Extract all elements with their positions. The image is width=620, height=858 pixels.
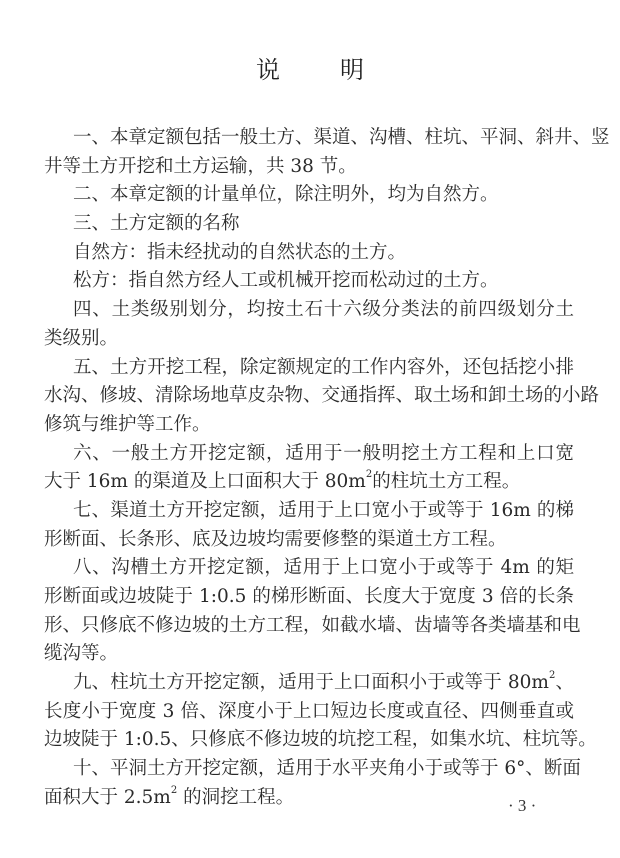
text-line: 八、沟槽土方开挖定额，适用于上口宽小于或等于 4m 的矩 <box>44 554 574 583</box>
text-line: 三、土方定额的名称 <box>44 210 574 239</box>
text-line: 类级别。 <box>44 325 574 354</box>
superscript: 2 <box>366 469 372 480</box>
text-line: 五、土方开挖工程，除定额规定的工作内容外，还包括挖小排 <box>44 354 574 383</box>
text-line: 形断面或边坡陡于 1:0.5 的梯形断面、长度大于宽度 3 倍的长条 <box>44 583 574 612</box>
text-line: 长度小于宽度 3 倍、深度小于上口短边长度或直径、四侧垂直或 <box>44 698 574 727</box>
text-line: 六、一般土方开挖定额，适用于一般明挖土方工程和上口宽 <box>44 440 574 469</box>
text-line: 九、柱坑土方开挖定额，适用于上口面积小于或等于 80m2、 <box>44 669 574 698</box>
text-line: 松方：指自然方经人工或机械开挖而松动过的土方。 <box>44 267 574 296</box>
text-line: 二、本章定额的计量单位，除注明外，均为自然方。 <box>44 181 574 210</box>
text-line: 大于 16m 的渠道及上口面积大于 80m2的柱坑土方工程。 <box>44 468 574 497</box>
text-line: 四、土类级别划分，均按土石十六级分类法的前四级划分土 <box>44 296 574 325</box>
text-line: 修筑与维护等工作。 <box>44 411 574 440</box>
text-line: 面积大于 2.5m2 的洞挖工程。 <box>44 784 574 813</box>
superscript: 2 <box>549 670 555 681</box>
text-segment: 九、柱坑土方开挖定额，适用于上口面积小于或等于 80m <box>73 672 549 693</box>
text-line: 七、渠道土方开挖定额，适用于上口宽小于或等于 16m 的梯 <box>44 497 574 526</box>
text-line: 边坡陡于 1:0.5、只修底不修边坡的坑挖工程，如集水坑、柱坑等。 <box>44 726 574 755</box>
page-title: 说明 <box>0 50 620 85</box>
text-line: 自然方：指未经扰动的自然状态的土方。 <box>44 239 574 268</box>
title-char-1: 说 <box>256 50 280 85</box>
document-body: 一、本章定额包括一般土方、渠道、沟槽、柱坑、平洞、斜井、竖 井等土方开挖和土方运… <box>44 124 574 813</box>
text-line: 十、平洞土方开挖定额，适用于水平夹角小于或等于 6°、断面 <box>44 755 574 784</box>
text-line: 水沟、修坡、清除场地草皮杂物、交通指挥、取土场和卸土场的小路 <box>44 382 574 411</box>
text-line: 缆沟等。 <box>44 640 574 669</box>
text-line: 井等土方开挖和土方运输，共 38 节。 <box>44 153 574 182</box>
text-segment: 的柱坑土方工程。 <box>372 471 520 492</box>
text-segment: 面积大于 2.5m <box>44 787 171 808</box>
text-line: 形断面、长条形、底及边坡均需要修整的渠道土方工程。 <box>44 526 574 555</box>
title-char-2: 明 <box>340 50 364 85</box>
text-line: 形、只修底不修边坡的土方工程，如截水墙、齿墙等各类墙基和电 <box>44 612 574 641</box>
text-segment: 、 <box>555 672 574 693</box>
page-number: · 3 · <box>508 796 536 816</box>
text-segment: 的洞挖工程。 <box>177 787 294 808</box>
superscript: 2 <box>171 785 177 796</box>
text-segment: 大于 16m 的渠道及上口面积大于 80m <box>44 471 366 492</box>
text-line: 一、本章定额包括一般土方、渠道、沟槽、柱坑、平洞、斜井、竖 <box>44 124 574 153</box>
